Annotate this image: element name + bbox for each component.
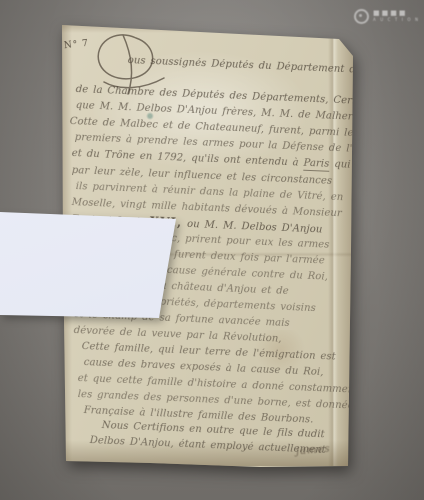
- photo-background: ■■■■ A U C T I O N N° 7 ous soussignés D…: [0, 0, 424, 500]
- white-cover-card: [0, 0, 424, 500]
- cover-card-shadow: [0, 0, 424, 500]
